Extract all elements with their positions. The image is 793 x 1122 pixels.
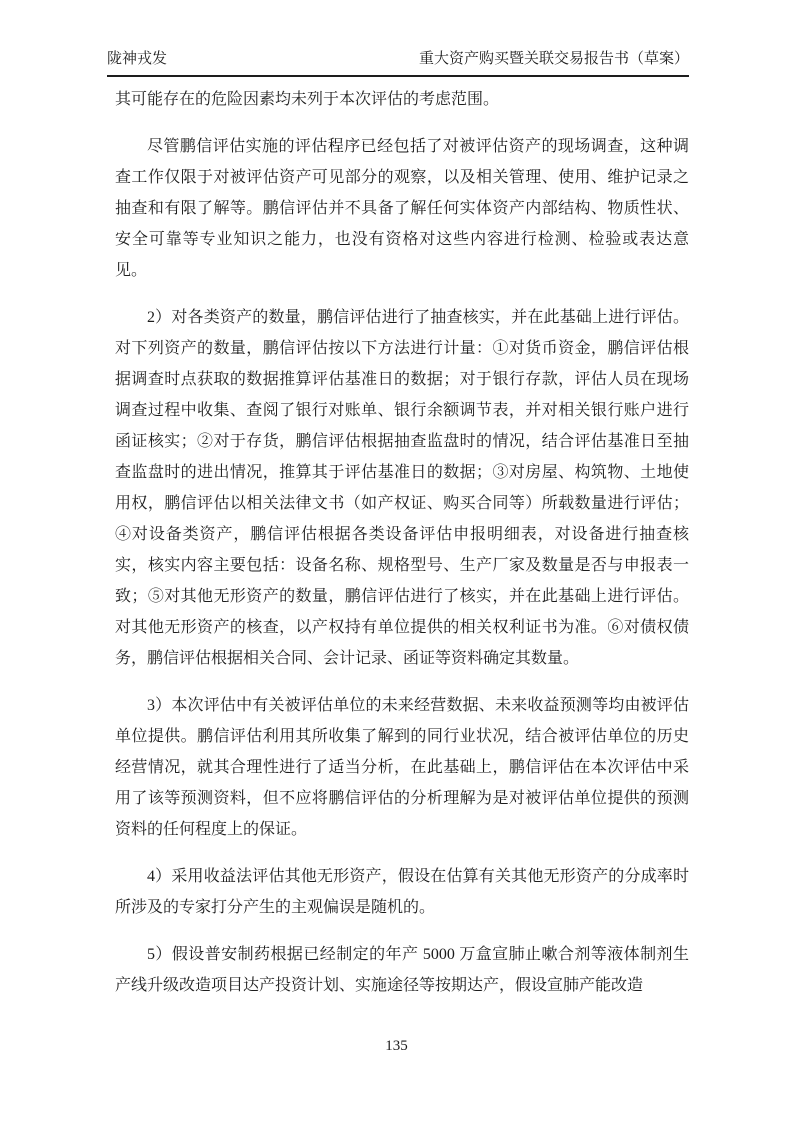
paragraph-item-3: 3）本次评估中有关被评估单位的未来经营数据、未来收益预测等均由被评估单位提供。鹏… xyxy=(115,690,689,845)
paragraph-item-5: 5）假设普安制药根据已经制定的年产 5000 万盒宣肺止嗽合剂等液体制剂生产线升… xyxy=(115,939,689,1001)
page-header: 陇神戎发 重大资产购买暨关联交易报告书（草案） xyxy=(107,50,689,77)
document-page: 陇神戎发 重大资产购买暨关联交易报告书（草案） 其可能存在的危险因素均未列于本次… xyxy=(0,0,793,1122)
paragraph-item-2: 2）对各类资产的数量，鹏信评估进行了抽查核实，并在此基础上进行评估。对下列资产的… xyxy=(115,302,689,674)
document-body: 其可能存在的危险因素均未列于本次评估的考虑范围。 尽管鹏信评估实施的评估程序已经… xyxy=(115,84,689,1001)
header-company-name: 陇神戎发 xyxy=(107,50,167,69)
page-number: 135 xyxy=(385,1038,408,1054)
paragraph-continuation: 其可能存在的危险因素均未列于本次评估的考虑范围。 xyxy=(115,84,689,115)
paragraph: 尽管鹏信评估实施的评估程序已经包括了对被评估资产的现场调查，这种调查工作仅限于对… xyxy=(115,131,689,286)
page-footer: 135 xyxy=(0,1036,793,1056)
paragraph-item-4: 4）采用收益法评估其他无形资产，假设在估算有关其他无形资产的分成率时所涉及的专家… xyxy=(115,861,689,923)
header-report-title: 重大资产购买暨关联交易报告书（草案） xyxy=(419,50,689,69)
